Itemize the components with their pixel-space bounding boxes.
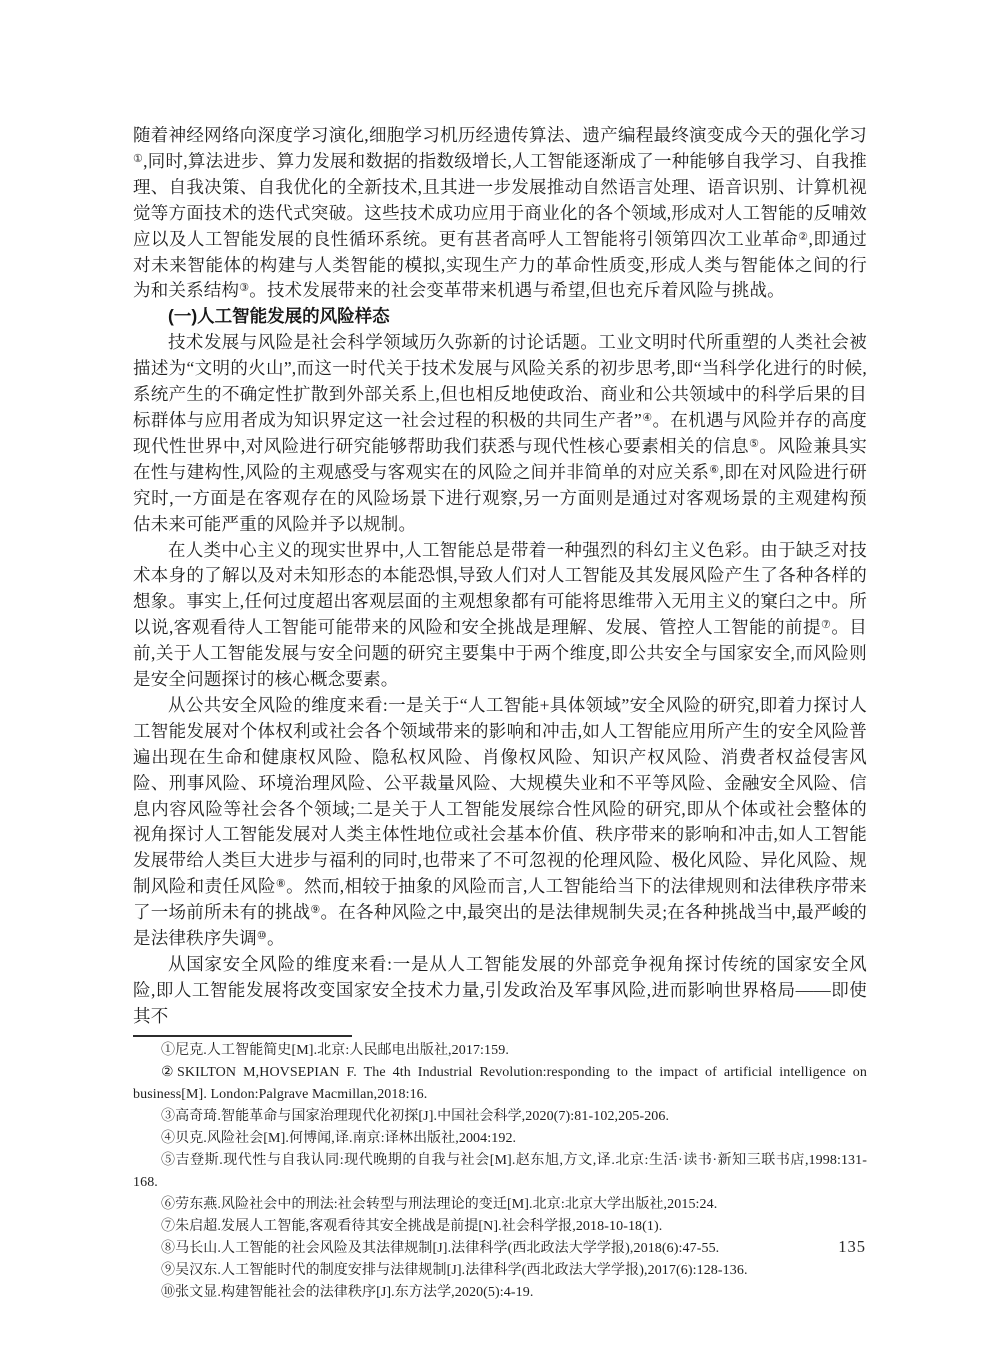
- body-paragraph-2: 技术发展与风险是社会科学领域历久弥新的讨论话题。工业文明时代所重塑的人类社会被描…: [133, 330, 867, 537]
- footnote-item: ②SKILTON M,HOVSEPIAN F. The 4th Industri…: [133, 1062, 867, 1106]
- body-paragraph-3: 在人类中心主义的现实世界中,人工智能总是带着一种强烈的科幻主义色彩。由于缺乏对技…: [133, 538, 867, 693]
- text-block: 随着神经网络向深度学习演化,细胞学习机历经遗传算法、遗产编程最终演变成今天的强化…: [133, 123, 867, 1304]
- footnote-separator: [133, 1035, 352, 1037]
- footnote-item: ①尼克.人工智能简史[M].北京:人民邮电出版社,2017:159.: [133, 1040, 867, 1062]
- footnote-item: ④贝克.风险社会[M].何博闻,译.南京:译林出版社,2004:192.: [133, 1128, 867, 1150]
- section-heading: (一)人工智能发展的风险样态: [133, 304, 867, 330]
- footnote-item: ⑤吉登斯.现代性与自我认同:现代晚期的自我与社会[M].赵东旭,方文,译.北京:…: [133, 1150, 867, 1194]
- footnote-item: ⑥劳东燕.风险社会中的刑法:社会转型与刑法理论的变迁[M].北京:北京大学出版社…: [133, 1194, 867, 1216]
- body-paragraph-5: 从国家安全风险的维度来看:一是从人工智能发展的外部竞争视角探讨传统的国家安全风险…: [133, 952, 867, 1030]
- journal-page: 随着神经网络向深度学习演化,细胞学习机历经遗传算法、遗产编程最终演变成今天的强化…: [0, 0, 1000, 1347]
- footnote-item: ⑦朱启超.发展人工智能,客观看待其安全挑战是前提[N].社会科学报,2018-1…: [133, 1216, 867, 1238]
- body-paragraph-1: 随着神经网络向深度学习演化,细胞学习机历经遗传算法、遗产编程最终演变成今天的强化…: [133, 123, 867, 304]
- footnote-item: ⑩张文显.构建智能社会的法律秩序[J].东方法学,2020(5):4-19.: [133, 1282, 867, 1304]
- page-number: 135: [838, 1237, 866, 1257]
- footnotes: ①尼克.人工智能简史[M].北京:人民邮电出版社,2017:159. ②SKIL…: [133, 1040, 867, 1304]
- body-paragraph-4: 从公共安全风险的维度来看:一是关于“人工智能+具体领域”安全风险的研究,即着力探…: [133, 693, 867, 952]
- footnote-item: ⑧马长山.人工智能的社会风险及其法律规制[J].法律科学(西北政法大学学报),2…: [133, 1238, 867, 1260]
- footnote-item: ③高奇琦.智能革命与国家治理现代化初探[J].中国社会科学,2020(7):81…: [133, 1106, 867, 1128]
- footnote-item: ⑨吴汉东.人工智能时代的制度安排与法律规制[J].法律科学(西北政法大学学报),…: [133, 1260, 867, 1282]
